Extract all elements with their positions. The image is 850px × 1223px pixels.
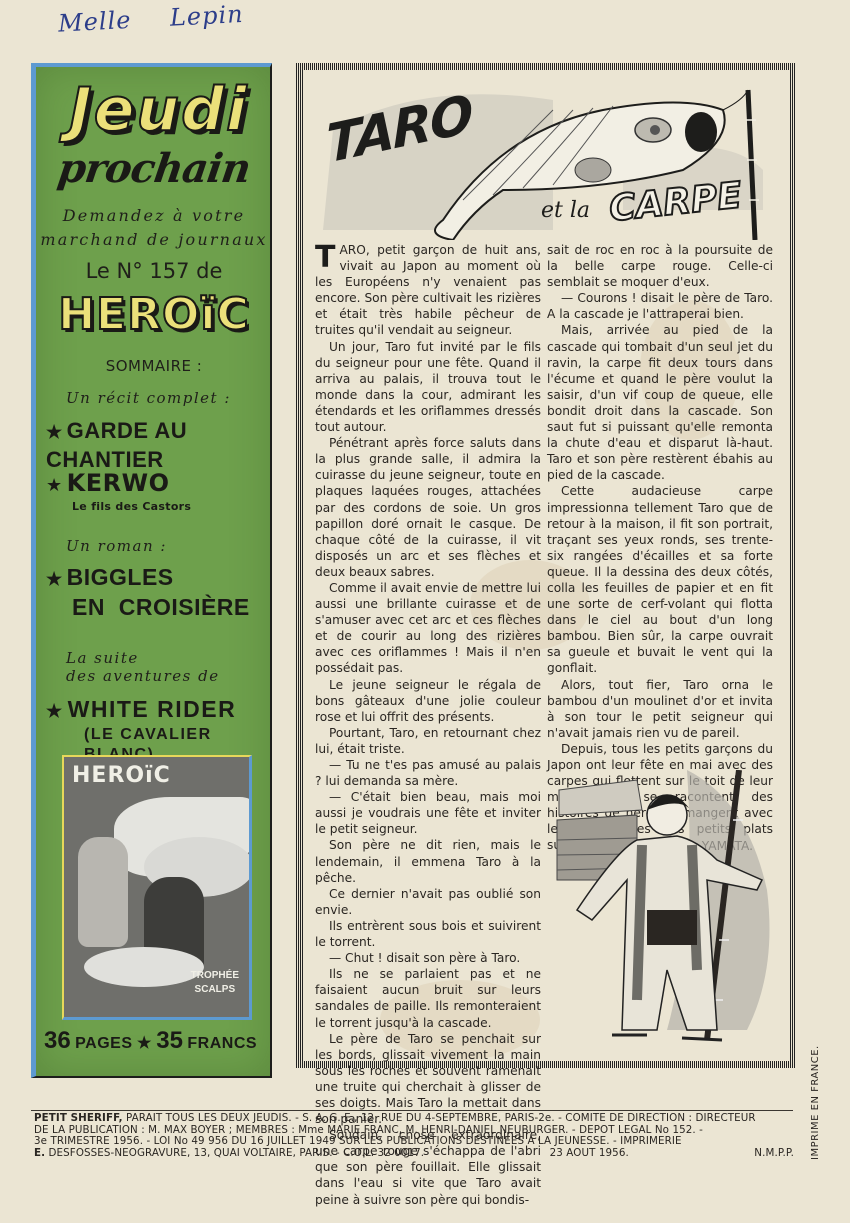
distributor: N.M.P.P.: [754, 1148, 794, 1160]
cover-caption-line-1: TROPHÉE: [191, 969, 239, 983]
title-illustration: TARO et la CARPE: [303, 70, 789, 240]
star-icon: ★: [46, 701, 64, 721]
summary-item-title: BIGGLES: [67, 564, 174, 590]
publication-imprint: PETIT SHERIFF, PARAIT TOUS LES DEUX JEUD…: [34, 1113, 794, 1159]
story-paragraph: — Courons ! disait le père de Taro. A la…: [547, 290, 773, 322]
cover-foal-shape: [84, 947, 204, 987]
summary-item-biggles: ★BIGGLES EN CROISIÈRE: [46, 563, 250, 621]
story-paragraph: Mais, arrivée au pied de la cascade qui …: [547, 322, 773, 483]
printed-in-france: IMPRIME EN FRANCE.: [810, 1045, 821, 1160]
story-paragraph: Comme il avait envie de mettre lui aussi…: [315, 580, 541, 677]
boy-with-bamboo-drawing: [547, 770, 785, 1060]
issue-number: Le N° 157 de: [36, 259, 272, 283]
imprint-line: E. DESFOSSES-NEOGRAVURE, 13, QUAI VOLTAI…: [34, 1148, 794, 1160]
headline-jeudi: Jeudi: [54, 75, 264, 145]
ask-your-newsagent-text: Demandez à votre marchand de journaux: [36, 204, 272, 252]
drop-cap: T: [315, 244, 335, 272]
publication-date: 23 AOUT 1956.: [550, 1148, 629, 1160]
story-paragraph: Le jeune seigneur le régala de bons gâte…: [315, 677, 541, 725]
story-paragraph: — Tu ne t'es pas amusé au palais ? lui d…: [315, 757, 541, 789]
star-icon: ★: [46, 475, 63, 496]
next-issue-promo-panel: Jeudi prochain Demandez à votre marchand…: [31, 63, 272, 1078]
section-label-line-2: des aventures de: [66, 667, 220, 685]
handwritten-name: Melle Lepin: [57, 0, 274, 38]
story-paragraph: Pénétrant après force saluts dans la plu…: [315, 435, 541, 580]
summary-heading: SOMMAIRE :: [36, 357, 272, 375]
handwriting-word-1: Melle: [57, 6, 132, 38]
story-paragraph: Alors, tout fier, Taro orna le bambou d'…: [547, 677, 773, 741]
story-paragraph: Pourtant, Taro, en retournant chez lui, …: [315, 725, 541, 757]
headline-prochain: prochain: [33, 145, 276, 192]
currency-label: FRANCS: [187, 1035, 257, 1052]
story-paragraph: Ils ne se parlaient pas et ne faisaient …: [315, 966, 541, 1030]
section-label-line-1: La suite: [66, 649, 220, 667]
cover-caption: TROPHÉE SCALPS: [191, 969, 239, 997]
pages-label: PAGES: [75, 1035, 132, 1052]
imprint-line: PETIT SHERIFF, PARAIT TOUS LES DEUX JEUD…: [34, 1113, 794, 1125]
price-value: 35: [156, 1027, 183, 1054]
paragraph-text: ARO, petit garçon de huit ans, vivait au…: [315, 243, 541, 337]
story-paragraph: Un jour, Taro fut invité par le fils du …: [315, 339, 541, 436]
summary-item-subtitle: Le fils des Castors: [72, 500, 191, 514]
star-icon: ★: [46, 569, 63, 589]
section-label-suite: La suite des aventures de: [66, 649, 220, 685]
summary-item-garde-au-chantier: ★GARDE AU CHANTIER: [46, 417, 270, 474]
imprint-text: PARAIT TOUS LES DEUX JEUDIS. - S. A. G. …: [123, 1112, 756, 1124]
section-label-recit: Un récit complet :: [66, 389, 231, 407]
cover-warrior-figure: [78, 837, 128, 947]
summary-item-kerwo: ★KERWO Le fils des Castors: [46, 469, 191, 514]
page-count: 36: [44, 1027, 71, 1054]
handwriting-word-2: Lepin: [169, 0, 244, 32]
story-column-right: sait de roc en roc à la poursuite de la …: [547, 242, 773, 854]
story-paragraph: TARO, petit garçon de huit ans, vivait a…: [315, 242, 541, 339]
summary-item-title: GARDE AU CHANTIER: [46, 418, 187, 472]
cover-caption-line-2: SCALPS: [191, 983, 239, 997]
summary-item-title: KERWO: [67, 469, 170, 497]
heroic-cover-thumbnail: HEROïC TROPHÉE SCALPS: [62, 755, 252, 1020]
printer-initial: E.: [34, 1147, 45, 1159]
story-paragraph: Son père ne dit rien, mais le lendemain,…: [315, 837, 541, 885]
taro-boy-illustration: [547, 770, 785, 1060]
publication-name: PETIT SHERIFF,: [34, 1112, 123, 1124]
section-label-roman: Un roman :: [66, 537, 167, 555]
story-column-left: TARO, petit garçon de huit ans, vivait a…: [315, 242, 541, 1208]
ask-line-2: marchand de journaux: [36, 228, 272, 252]
story-paragraph: Cette audacieuse carpe impressionna tell…: [547, 483, 773, 676]
magazine-logo-heroic: HEROïC: [36, 289, 272, 340]
title-connector: et la: [541, 198, 590, 223]
footer-rule: [31, 1110, 793, 1111]
cover-title: HEROïC: [72, 763, 171, 788]
story-paragraph: Ce dernier n'avait pas oublié son envie.: [315, 886, 541, 918]
summary-item-title-line-2: EN CROISIÈRE: [72, 593, 250, 621]
story-frame: TARO et la CARPE TARO, petit garçon de h…: [296, 63, 796, 1068]
star-icon: ★: [46, 422, 63, 442]
story-paragraph: Ils entrèrent sous bois et suivirent le …: [315, 918, 541, 950]
pages-and-price: 36 PAGES ★ 35 FRANCS: [44, 1027, 270, 1055]
summary-item-title: WHITE RIDER: [68, 696, 237, 722]
ask-line-1: Demandez à votre: [36, 204, 272, 228]
story-paragraph: — C'était bien beau, mais moi aussi je v…: [315, 789, 541, 837]
story-paragraph: sait de roc en roc à la poursuite de la …: [547, 242, 773, 290]
imprint-text: DESFOSSES-NEOGRAVURE, 13, QUAI VOLTAIRE,…: [45, 1147, 424, 1159]
story-paragraph: — Chut ! disait son père à Taro.: [315, 950, 541, 966]
star-icon: ★: [137, 1035, 152, 1052]
